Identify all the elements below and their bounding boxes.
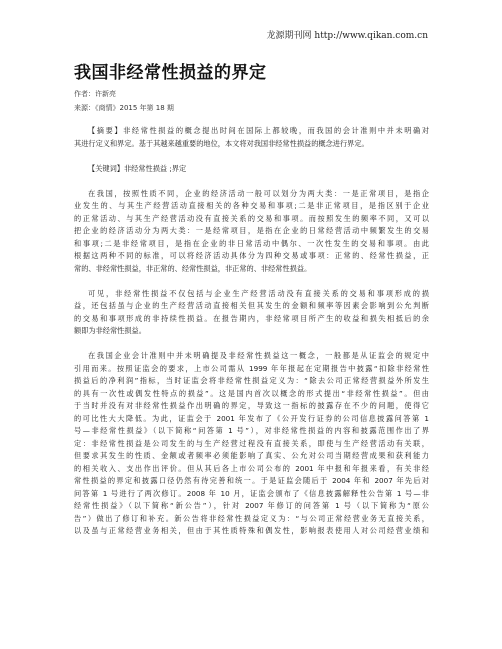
- paragraph-line: 损益后的净利润”指标，当时证监会将非经常性损益定义为：“除去公司正常经营损益外所…: [74, 375, 429, 388]
- keywords: 【关键词】非经常性损益 ;界定: [74, 163, 429, 176]
- paragraph-line: 于当时并没有对非经常性损益作出明确的界定，导致这一指标的披露存在不少的问题，使得…: [74, 400, 429, 413]
- paragraph-line: 问答第 1 号进行了两次修订。2008 年 10 月，证监会颁布了《信息披露解释…: [74, 488, 429, 501]
- paragraph-line: 的正常活动、与其生产经营活动没有直接关系的交易和事项。而按照发生的频率不同，又可…: [74, 213, 429, 226]
- paragraph-line: 的相关收入、支出作出评价。但从其后各上市公司公布的 2001 年中报和年报来看，…: [74, 463, 429, 476]
- paragraph-line: 告”）做出了修订和补充。新公告将非经常性损益定义为：“与公司正常经营业务无直接关…: [74, 513, 429, 526]
- paragraph-line: 经常性损益》（以下简称“新公告”），针对 2007 年修订的问答第 1 号（以下…: [74, 500, 429, 513]
- abstract-line: 其进行定义和界定。基于其越来越重要的地位，本文将对我国非经常性损益的概念进行界定…: [74, 138, 429, 151]
- paragraph-line: 但要求其发生的性质、金额或者频率必须能影响了真实、公允对公司当期经营成果和获利能…: [74, 450, 429, 463]
- site-header: 龙源期刊网 http://www.qikan.com.cn: [267, 28, 428, 41]
- paragraph-line: 把企业的经济活动分为两大类：一是经常项目，是指在企业的日常经营活动中频繁发生的交…: [74, 225, 429, 238]
- paragraph-line: 的具有一次性或偶发性特点的损益”。这是国内首次以概念的形式提出“非经常性损益”。…: [74, 388, 429, 401]
- paragraph-line: 的可比性大大降低。为此，证监会于 2001 年发布了《公开发行证券的公司信息披露…: [74, 413, 429, 426]
- paragraph-3: 在我国企业会计准则中并未明确提及非经常性损益这一概念，一般都是从证监会的规定中 …: [74, 350, 429, 538]
- paragraph-line: 业发生的、与其生产经营活动直接相关的各种交易和事项;二是非正常项目，是指区别于企…: [74, 200, 429, 213]
- paragraph-line: 以及虽与正常经营业务相关，但由于其性质特殊和偶发性，影响报表使用人对公司经营业绩…: [74, 525, 429, 538]
- paragraph-1: 在我国，按照性质不同，企业的经济活动一般可以划分为两大类：一是正常项目，是指企 …: [74, 188, 429, 276]
- paragraph-line: 可见，非经常性损益不仅包括与企业生产经营活动没有直接关系的交易和事项形成的损: [74, 288, 429, 301]
- paragraph-2: 可见，非经常性损益不仅包括与企业生产经营活动没有直接关系的交易和事项形成的损 益…: [74, 288, 429, 338]
- paragraph-line: 在我国，按照性质不同，企业的经济活动一般可以划分为两大类：一是正常项目，是指企: [74, 188, 429, 201]
- paragraph-line: 在我国企业会计准则中并未明确提及非经常性损益这一概念，一般都是从证监会的规定中: [74, 350, 429, 363]
- abstract: 【摘要】非经常性损益的概念提出时间在国际上都较晚，而我国的会计准则中并未明确对 …: [74, 125, 429, 150]
- paragraph-line: 常的、非经常性损益，非正常的、经常性损益，非正常的、非经常性损益。: [74, 263, 429, 276]
- article-body: 【摘要】非经常性损益的概念提出时间在国际上都较晚，而我国的会计准则中并未明确对 …: [74, 125, 429, 538]
- paragraph-line: 常性损益的界定和披露口径仍然有待完善和统一。于是证监会随后于 2004 年和 2…: [74, 475, 429, 488]
- paragraph-line: 益，还包括虽与企业的生产经营活动直接相关但其发生的金额和频率等因素会影响到公允判…: [74, 300, 429, 313]
- article-title: 我国非经常性损益的界定: [74, 58, 267, 83]
- paragraph-line: 额即为非经常性损益。: [74, 325, 429, 338]
- paragraph-line: 和事项;二是非经常项目，是指在企业的非日常活动中偶尔、一次性发生的交易和事项。由…: [74, 238, 429, 251]
- paragraph-line: 引用而来。按照证监会的要求，上市公司需从 1999 年年报起在定期报告中披露“扣…: [74, 363, 429, 376]
- article-author: 作者：许新亮: [74, 89, 116, 99]
- paragraph-line: 的交易和事项形成的非持续性损益。在报告期内，非经常项目所产生的收益和损失相抵后的…: [74, 313, 429, 326]
- article-source: 来源：《商情》2015 年第 18 期: [74, 103, 174, 113]
- paragraph-line: 定：非经常性损益是公司发生的与生产经营过程没有直接关系，即使与生产经营活动有关联…: [74, 438, 429, 451]
- abstract-line: 【摘要】非经常性损益的概念提出时间在国际上都较晚，而我国的会计准则中并未明确对: [74, 125, 429, 138]
- paragraph-line: 根据这两种不同的标准，可以将经济活动具体分为四种交易或事项：正常的、经常性损益，…: [74, 250, 429, 263]
- paragraph-line: 号—非经常性损益》（以下简称“问答第 1 号”），对非经常性损益的内容和披露范围…: [74, 425, 429, 438]
